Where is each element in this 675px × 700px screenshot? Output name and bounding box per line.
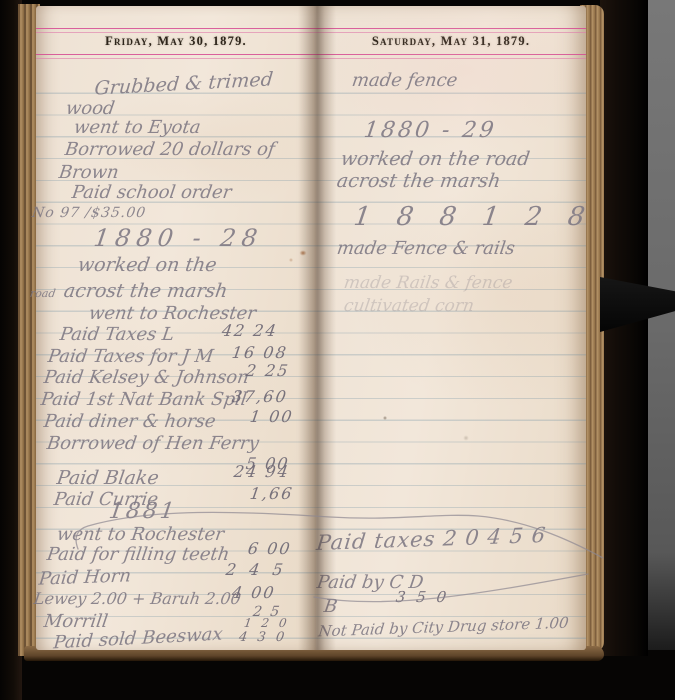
diary-entry: Grubbed & trimed — [94, 68, 274, 99]
diary-year-heading: 1881 — [107, 499, 179, 524]
diary-entry: went to Rochester — [56, 524, 226, 545]
ledger-amount: 3 5 0 — [395, 588, 451, 606]
faint-diary-entry: cultivated corn — [343, 296, 476, 316]
diary-entry-note: No 97 /$35.00 — [31, 205, 147, 221]
ledger-amount: 1 00 — [249, 407, 295, 426]
ledger-amount: 24 94 — [233, 462, 291, 481]
ledger-entry: Paid Kelsey & Johnson — [43, 367, 251, 388]
ledger-amount: 42 24 — [221, 321, 279, 340]
diary-entry: Brown — [58, 162, 121, 183]
header-rule-bottom-left — [36, 54, 316, 59]
ledger-entry: Paid taxes 2 0 4 5 6 — [315, 523, 547, 555]
header-rule-top-left — [36, 28, 316, 33]
faint-diary-entry: made Rails & fence — [343, 273, 514, 293]
diary-year-heading: 1 8 8 1 2 8 — [352, 202, 596, 232]
diary-entry: acrost the marsh — [335, 170, 502, 192]
ledger-entry: Paid Blake — [55, 467, 160, 489]
page-header-right: Saturday, May 31, 1879. — [316, 34, 586, 49]
diary-entry: worked on the — [76, 254, 218, 276]
ledger-amount: 4 3 0 — [238, 630, 288, 645]
ledger-amount: 1,66 — [249, 484, 295, 503]
ledger-amount: 16 08 — [231, 343, 289, 362]
diary-entry: B — [323, 596, 339, 617]
ledger-entry: Paid 1st Nat Bank Spll — [40, 389, 249, 410]
ledger-entry: Not Paid by City Drug store 1.00 — [318, 614, 570, 641]
ledger-entry: Paid for filling teeth — [46, 544, 231, 565]
ledger-entry: Borrowed of Hen Ferry — [46, 433, 261, 454]
diary-entry: made fence — [351, 70, 459, 91]
diary-entry: made Fence & rails — [336, 238, 517, 259]
diary-entry: Borrowed 20 dollars of — [64, 139, 277, 160]
ledger-amount: 1 2 0 — [243, 616, 291, 630]
ledger-amount: 4 00 — [231, 583, 277, 602]
page-header-left: Friday, May 30, 1879. — [36, 34, 316, 49]
ledger-entry: Lewey 2.00 + Baruh 2.00 — [33, 589, 243, 608]
diary-year-heading: 1880 - 28 — [92, 224, 265, 252]
page-left: Friday, May 30, 1879. Grubbed & trimed w… — [36, 6, 316, 650]
page-right: Saturday, May 31, 1879. made fence 1880 … — [316, 6, 586, 650]
ledger-entry: Paid Taxes for J M — [47, 346, 215, 367]
diary-entry: acrost the marsh — [62, 280, 229, 302]
header-rule-bottom-right — [316, 54, 586, 59]
ledger-amount: 37,60 — [231, 387, 289, 406]
ledger-entry: Morrill — [43, 611, 110, 632]
ledger-amount: 6 00 — [247, 539, 293, 558]
ledger-entry: Paid diner & horse — [43, 411, 218, 432]
diary-entry: Paid school order — [71, 182, 233, 203]
diary-photo: Friday, May 30, 1879. Grubbed & trimed w… — [0, 0, 675, 700]
ledger-entry: Paid Horn — [38, 565, 132, 589]
diary-entry: went to Eyota — [73, 117, 202, 138]
diary-entry: wood — [65, 98, 117, 119]
ledger-amount: 2 25 — [245, 361, 291, 380]
diary-entry: worked on the road — [339, 148, 531, 170]
ledger-amount: 2 4 5 — [225, 560, 288, 579]
margin-note: road — [29, 287, 56, 300]
diary-year-heading: 1880 - 29 — [362, 118, 498, 143]
header-rule-top-right — [316, 28, 586, 33]
ledger-entry: Paid Taxes L — [59, 324, 176, 345]
